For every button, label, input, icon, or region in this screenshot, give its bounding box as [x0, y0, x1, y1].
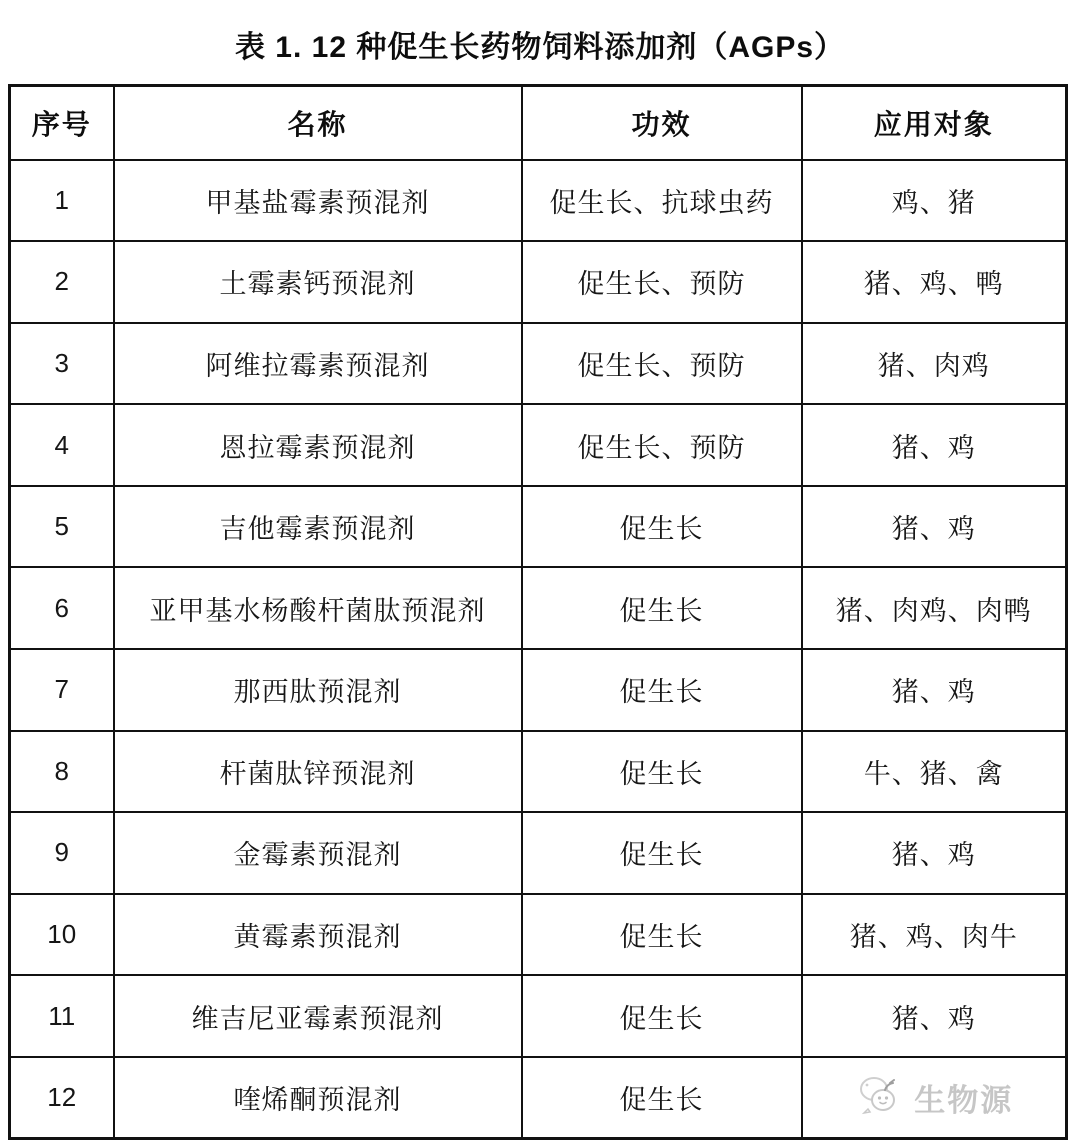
- table-row: 12喹烯酮预混剂促生长生物源: [10, 1057, 1067, 1139]
- cell-target: 猪、鸡: [802, 649, 1067, 731]
- table-row: 3阿维拉霉素预混剂促生长、预防猪、肉鸡: [10, 323, 1067, 405]
- cell-no: 3: [10, 323, 114, 405]
- table-row: 10黄霉素预混剂促生长猪、鸡、肉牛: [10, 894, 1067, 976]
- cell-target: 猪、肉鸡、肉鸭: [802, 567, 1067, 649]
- cell-effect: 促生长、预防: [522, 404, 802, 486]
- header-cell-no: 序号: [10, 86, 114, 160]
- watermark-text: 生物源: [914, 1075, 1013, 1120]
- cell-target: 猪、鸡: [802, 975, 1067, 1057]
- cell-target: 牛、猪、禽: [802, 731, 1067, 813]
- cell-effect: 促生长、预防: [522, 323, 802, 405]
- cell-target: 猪、肉鸡: [802, 323, 1067, 405]
- cell-effect: 促生长: [522, 567, 802, 649]
- table-row: 1甲基盐霉素预混剂促生长、抗球虫药鸡、猪: [10, 160, 1067, 242]
- header-cell-name: 名称: [114, 86, 522, 160]
- cell-target: 猪、鸡: [802, 404, 1067, 486]
- cell-name: 金霉素预混剂: [114, 812, 522, 894]
- cell-no: 9: [10, 812, 114, 894]
- table-row: 6亚甲基水杨酸杆菌肽预混剂促生长猪、肉鸡、肉鸭: [10, 567, 1067, 649]
- cell-no: 12: [10, 1057, 114, 1139]
- table-row: 8杆菌肽锌预混剂促生长牛、猪、禽: [10, 731, 1067, 813]
- document-page: 表 1. 12 种促生长药物饲料添加剂（AGPs） 序号名称功效应用对象 1甲基…: [0, 0, 1080, 1148]
- cell-target: 猪、鸡: [802, 812, 1067, 894]
- table-row: 7那西肽预混剂促生长猪、鸡: [10, 649, 1067, 731]
- cell-no: 7: [10, 649, 114, 731]
- table-row: 9金霉素预混剂促生长猪、鸡: [10, 812, 1067, 894]
- cell-name: 黄霉素预混剂: [114, 894, 522, 976]
- cell-effect: 促生长: [522, 1057, 802, 1139]
- cell-name: 恩拉霉素预混剂: [114, 404, 522, 486]
- cell-no: 2: [10, 241, 114, 323]
- cell-name: 吉他霉素预混剂: [114, 486, 522, 568]
- table-body: 1甲基盐霉素预混剂促生长、抗球虫药鸡、猪2土霉素钙预混剂促生长、预防猪、鸡、鸭3…: [10, 160, 1067, 1139]
- table-row: 5吉他霉素预混剂促生长猪、鸡: [10, 486, 1067, 568]
- cell-effect: 促生长: [522, 486, 802, 568]
- cell-effect: 促生长: [522, 975, 802, 1057]
- cell-effect: 促生长、预防: [522, 241, 802, 323]
- cell-effect: 促生长: [522, 731, 802, 813]
- header-cell-effect: 功效: [522, 86, 802, 160]
- cell-target: 猪、鸡、鸭: [802, 241, 1067, 323]
- mascot-icon: [854, 1071, 906, 1124]
- cell-no: 1: [10, 160, 114, 242]
- header-row: 序号名称功效应用对象: [10, 86, 1067, 160]
- cell-effect: 促生长: [522, 894, 802, 976]
- cell-target: 猪、鸡、肉牛: [802, 894, 1067, 976]
- cell-name: 阿维拉霉素预混剂: [114, 323, 522, 405]
- cell-name: 那西肽预混剂: [114, 649, 522, 731]
- cell-no: 6: [10, 567, 114, 649]
- watermark: 生物源: [809, 1058, 1060, 1137]
- cell-target: 鸡、猪: [802, 160, 1067, 242]
- table-header: 序号名称功效应用对象: [10, 86, 1067, 160]
- cell-effect: 促生长: [522, 812, 802, 894]
- cell-no: 8: [10, 731, 114, 813]
- cell-name: 维吉尼亚霉素预混剂: [114, 975, 522, 1057]
- cell-name: 甲基盐霉素预混剂: [114, 160, 522, 242]
- cell-name: 亚甲基水杨酸杆菌肽预混剂: [114, 567, 522, 649]
- cell-no: 11: [10, 975, 114, 1057]
- cell-no: 10: [10, 894, 114, 976]
- agp-additives-table: 序号名称功效应用对象 1甲基盐霉素预混剂促生长、抗球虫药鸡、猪2土霉素钙预混剂促…: [8, 84, 1068, 1140]
- header-cell-target: 应用对象: [802, 86, 1067, 160]
- table-row: 2土霉素钙预混剂促生长、预防猪、鸡、鸭: [10, 241, 1067, 323]
- cell-name: 喹烯酮预混剂: [114, 1057, 522, 1139]
- cell-no: 5: [10, 486, 114, 568]
- cell-name: 土霉素钙预混剂: [114, 241, 522, 323]
- cell-target: 生物源: [802, 1057, 1067, 1139]
- cell-name: 杆菌肽锌预混剂: [114, 731, 522, 813]
- cell-effect: 促生长: [522, 649, 802, 731]
- table-row: 11维吉尼亚霉素预混剂促生长猪、鸡: [10, 975, 1067, 1057]
- page-title: 表 1. 12 种促生长药物饲料添加剂（AGPs）: [0, 0, 1080, 84]
- table-row: 4恩拉霉素预混剂促生长、预防猪、鸡: [10, 404, 1067, 486]
- cell-target: 猪、鸡: [802, 486, 1067, 568]
- cell-no: 4: [10, 404, 114, 486]
- cell-effect: 促生长、抗球虫药: [522, 160, 802, 242]
